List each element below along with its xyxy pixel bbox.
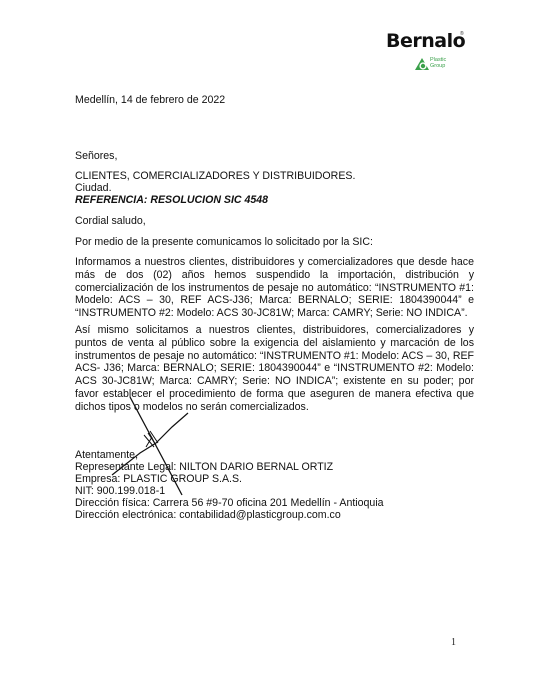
page-number: 1 [451,637,456,648]
paragraph-suspension: Informamos a nuestros clientes, distribu… [75,256,474,320]
logo-subtitle: Plastic Group [430,57,446,69]
city: Ciudad. [75,182,112,195]
closing: Atentamente, [75,449,138,462]
logo-wordmark: Bernalo [386,30,465,52]
nit: NIT: 900.199.018-1 [75,485,165,498]
plastic-group-logo-icon [414,57,430,71]
salutation: Señores, [75,150,117,163]
intro-line: Por medio de la presente comunicamos lo … [75,236,373,249]
company-name: Empresa: PLASTIC GROUP S.A.S. [75,473,242,486]
addressee: CLIENTES, COMERCIALIZADORES Y DISTRIBUID… [75,170,355,183]
letter-page: Bernalo ® Plastic Group Medellín, 14 de … [0,0,533,690]
greeting: Cordial saludo, [75,215,146,228]
registered-mark: ® [460,31,464,37]
email-address: Dirección electrónica: contabilidad@plas… [75,509,341,522]
logo-sub-line2: Group [430,63,446,69]
company-logo: Bernalo ® Plastic Group [378,28,468,73]
date-line: Medellín, 14 de febrero de 2022 [75,94,225,107]
physical-address: Dirección física: Carrera 56 #9-70 ofici… [75,497,384,510]
legal-representative: Representante Legal: NILTON DARIO BERNAL… [75,461,333,474]
reference-line: REFERENCIA: RESOLUCION SIC 4548 [75,194,268,207]
